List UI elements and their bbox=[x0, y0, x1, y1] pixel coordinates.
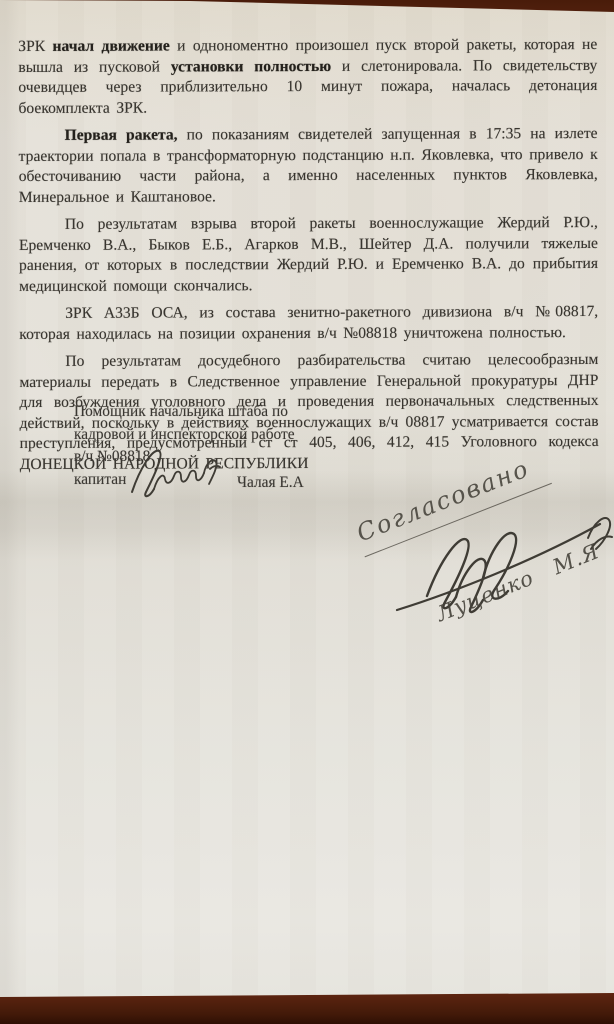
signer-name: Чалая Е.А bbox=[237, 474, 304, 492]
paragraph-1-bold-1: начал движение bbox=[52, 37, 169, 54]
signer-position-line1: Помощник начальника штаба по bbox=[74, 401, 354, 424]
paragraph-2: Первая ракета, по показаниям свидетелей … bbox=[19, 124, 598, 208]
captain-signature-scribble bbox=[122, 440, 232, 502]
paragraph-2-bold: Первая ракета, bbox=[65, 126, 178, 143]
paragraph-3: По результатам взрыва второй ракеты воен… bbox=[19, 213, 598, 297]
paragraph-1-text: ЗРК bbox=[18, 38, 52, 55]
paragraph-1: ЗРК начал движение и однономентно произо… bbox=[18, 35, 597, 119]
paragraph-1-bold-2: установки полностью bbox=[171, 57, 331, 75]
paper-sheet: ЗРК начал движение и однономентно произо… bbox=[0, 0, 614, 1024]
paragraph-4: ЗРК А33Б ОСА, из состава зенитно-ракетно… bbox=[19, 302, 598, 345]
